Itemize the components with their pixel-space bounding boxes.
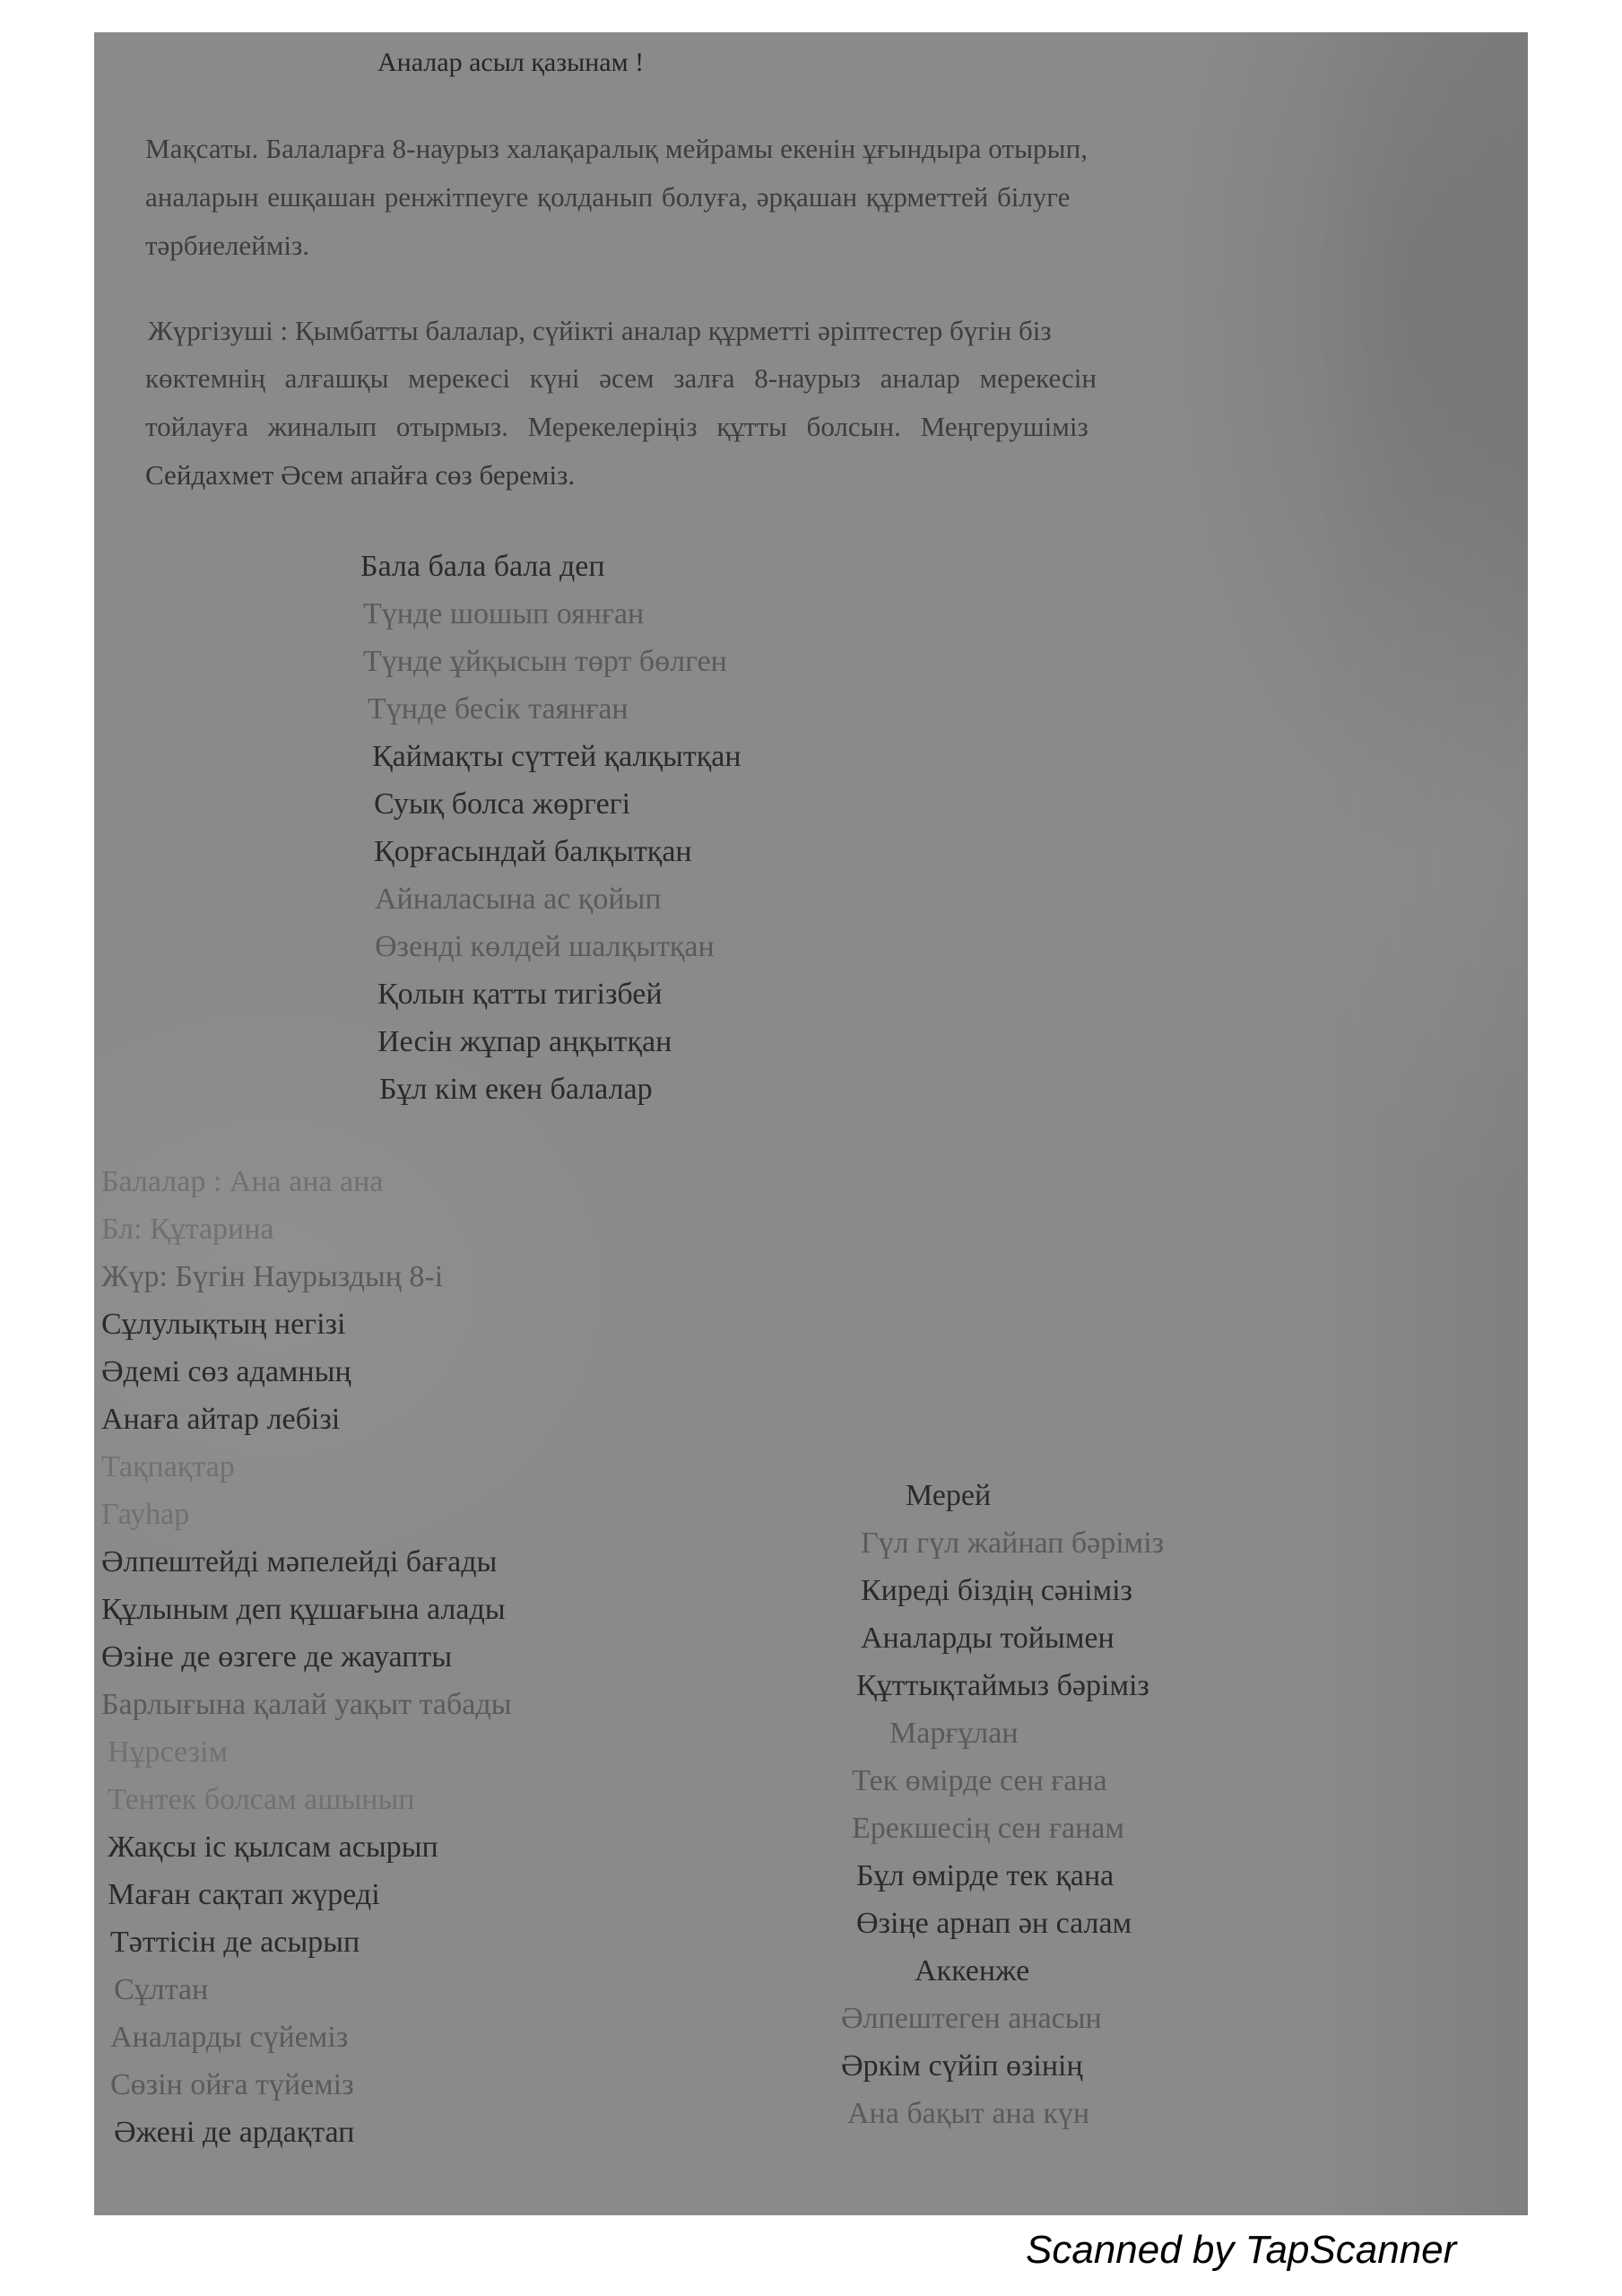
verse-line: Әлпештейді мәпелейді бағады (101, 1544, 497, 1580)
verse-line: Сөзін ойға түйеміз (110, 2067, 354, 2103)
verse-line: Тентек болсам ашынып (108, 1782, 415, 1818)
verse-line: Аккенже (915, 1953, 1029, 1989)
verse-line: Аналарды сүйеміз (110, 2020, 348, 2056)
verse-line: Жақсы іс қылсам асырып (108, 1830, 438, 1865)
poem-line: Иесін жұпар аңқытқан (377, 1024, 672, 1060)
verse-line: Гүл гүл жайнап бәріміз (861, 1526, 1164, 1561)
scanner-watermark: Scanned by TapScanner (1026, 2228, 1456, 2273)
goal-line: Мақсаты. Балаларға 8-наурыз халақаралық … (145, 131, 1088, 167)
verse-line: Нұрсезім (108, 1735, 228, 1770)
verse-line: Бл: Құтарина (101, 1212, 274, 1248)
verse-line: Әлпештеген анасын (841, 2001, 1102, 2037)
verse-line: Бұл өмірде тек қана (856, 1858, 1114, 1894)
poem-line: Өзенді көлдей шалқытқан (375, 929, 715, 965)
verse-line: Құттықтаймыз бәріміз (856, 1668, 1149, 1704)
poem-line: Қолын қатты тигізбей (377, 977, 663, 1013)
verse-line: Ерекшесің сен ғанам (852, 1811, 1124, 1847)
verse-line: Мерей (906, 1478, 991, 1514)
host-line: Сейдахмет Әсем апайға сөз береміз. (145, 457, 575, 493)
poem-line: Түнде ұйқысын төрт бөлген (363, 644, 727, 680)
poem-line: Түнде шошып оянған (363, 596, 644, 632)
poem-line: Айналасына ас қойып (375, 882, 662, 918)
verse-line: Әркім сүйіп өзінің (841, 2048, 1083, 2084)
poem-line: Қорғасындай балқытқан (374, 834, 692, 870)
verse-line: Әдемі сөз адамның (101, 1354, 351, 1390)
goal-line: тәрбиелейміз. (145, 228, 309, 264)
verse-line: Ана бақыт ана күн (847, 2096, 1089, 2132)
verse-line: Барлығына қалай уақыт табады (101, 1687, 511, 1723)
poem-line: Суық болса жөргегі (374, 787, 630, 822)
verse-line: Жүр: Бүгін Наурыздың 8-і (101, 1259, 443, 1295)
scanned-page: Аналар асыл қазынам ! Мақсаты. Балаларға… (94, 32, 1528, 2215)
verse-line: Өзіне де өзгеге де жауапты (101, 1639, 452, 1675)
host-line: көктемнің алғашқы мерекесі күні әсем зал… (145, 361, 1097, 396)
host-line: тойлауға жиналып отырмыз. Мерекелеріңіз … (145, 409, 1089, 445)
verse-line: Әжені де ардақтап (114, 2115, 354, 2151)
verse-line: Тәттісін де асырып (110, 1925, 360, 1961)
verse-line: Тақпақтар (101, 1449, 235, 1485)
host-line: Жүргізуші : Қымбатты балалар, сүйікті ан… (148, 313, 1052, 349)
verse-line: Сұлтан (114, 1972, 208, 2008)
poem-line: Қаймақты сүттей қалқытқан (372, 739, 742, 775)
goal-line: аналарын ешқашан ренжітпеуге қолданып бо… (145, 179, 1070, 215)
verse-line: Анаға айтар лебізі (101, 1402, 340, 1438)
verse-line: Өзіңе арнап ән салам (856, 1906, 1132, 1942)
verse-line: Аналарды тойымен (861, 1621, 1115, 1657)
poem-line: Бұл кім екен балалар (379, 1072, 653, 1108)
verse-line: Тек өмірде сен ғана (852, 1763, 1107, 1799)
verse-line: Киреді біздің сәніміз (861, 1573, 1132, 1609)
verse-line: Маған сақтап жүреді (108, 1877, 380, 1913)
document-title: Аналар асыл қазынам ! (377, 45, 644, 81)
poem-line: Түнде бесік таянған (368, 691, 629, 727)
verse-line: Балалар : Ана ана ана (101, 1164, 383, 1200)
poem-line: Бала бала бала деп (360, 549, 605, 585)
verse-line: Гауһар (101, 1497, 189, 1533)
verse-line: Сұлулықтың негізі (101, 1307, 345, 1343)
verse-line: Құлыным деп құшағына алады (101, 1592, 506, 1628)
verse-line: Марғұлан (889, 1716, 1019, 1752)
